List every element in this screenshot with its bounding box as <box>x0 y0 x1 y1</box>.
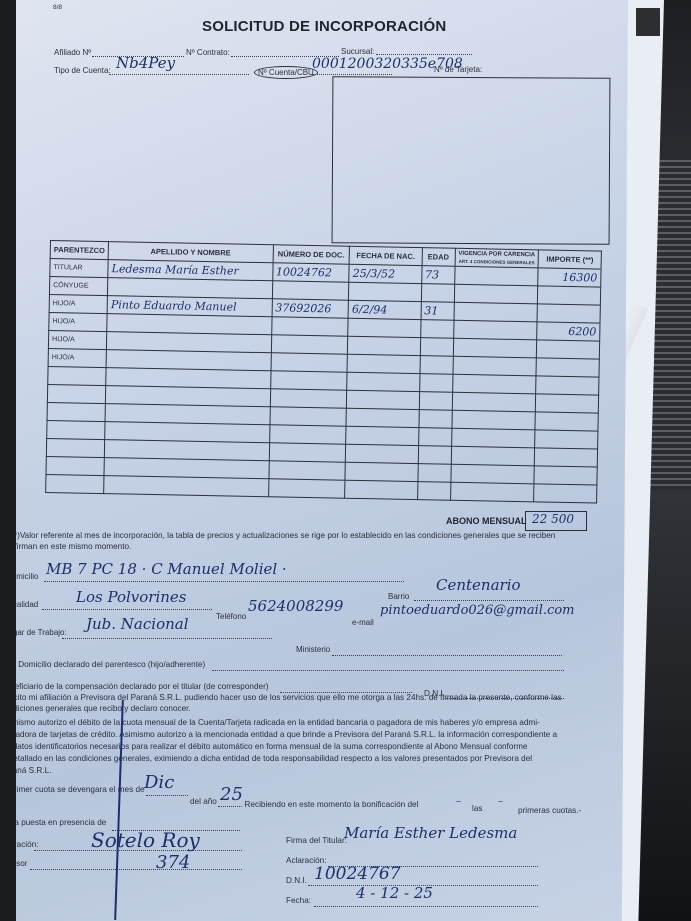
legal-p2: condiciones generales que recibo y decla… <box>0 704 191 713</box>
cell-fecha[interactable] <box>346 444 419 463</box>
cell-importe[interactable] <box>534 466 597 485</box>
abono-mensual-field[interactable]: 22 500 <box>525 511 587 531</box>
col-importe: IMPORTE (**) <box>538 250 601 269</box>
cell-importe[interactable] <box>536 394 599 413</box>
cell-fecha[interactable] <box>346 426 419 445</box>
cell-parentezco <box>46 438 104 457</box>
email-label: e-mail <box>352 618 374 627</box>
cuota-anio-label: del año <box>190 797 217 806</box>
cell-edad[interactable] <box>420 338 453 357</box>
cell-parentezco <box>47 384 105 403</box>
cell-fecha[interactable] <box>348 336 421 355</box>
col-parentezco: PARENTEZCO <box>50 241 108 260</box>
domicilio-field[interactable] <box>44 581 404 582</box>
bonificacion-value1: – <box>456 796 461 807</box>
cell-importe[interactable] <box>536 358 599 377</box>
dni-value: 10024767 <box>314 864 401 884</box>
cell-vigencia[interactable] <box>454 302 538 322</box>
cell-fecha[interactable] <box>345 480 418 499</box>
cell-parentezco <box>46 456 104 475</box>
cell-vigencia[interactable] <box>451 410 535 430</box>
underlying-sheet-tab <box>636 8 660 36</box>
firma-titular-value: María Esther Ledesma <box>344 824 517 842</box>
cell-vigencia[interactable] <box>453 356 537 376</box>
barrio-label: Barrio <box>388 592 409 601</box>
cell-edad[interactable] <box>421 284 454 303</box>
cuota-anio-field[interactable] <box>218 806 240 807</box>
cell-fecha[interactable] <box>345 462 418 481</box>
trabajo-value: Jub. Nacional <box>86 615 189 633</box>
cell-vigencia[interactable] <box>453 338 537 358</box>
cell-edad[interactable] <box>419 392 452 411</box>
cell-doc[interactable] <box>271 353 348 372</box>
domicilio-value: MB 7 PC 18 · C Manuel Moliel · <box>46 560 287 578</box>
cell-vigencia[interactable] <box>454 284 538 304</box>
form-page: 8/8 SOLICITUD DE INCORPORACIÓN Afiliado … <box>16 0 628 921</box>
col-fecha: FECHA DE NAC. <box>349 246 422 265</box>
cell-importe[interactable] <box>538 286 601 305</box>
barrio-field[interactable] <box>414 600 564 601</box>
otro-domicilio-field[interactable] <box>212 670 564 671</box>
cuota-prefix: La primer cuota se devengara el mes de <box>0 785 145 794</box>
asesor-value: 374 <box>156 852 190 873</box>
cell-parentezco: TITULAR <box>50 259 108 278</box>
cell-doc[interactable] <box>270 371 347 390</box>
cell-nombre[interactable] <box>104 476 269 497</box>
cell-doc[interactable] <box>271 335 348 354</box>
footnote-line2: y firman en este mismo momento. <box>8 542 131 551</box>
aclaracion-left-value: Sotelo Roy <box>91 828 200 852</box>
ministerio-label: Ministerio <box>296 645 330 654</box>
cell-importe[interactable] <box>537 304 600 323</box>
cell-edad[interactable] <box>419 410 452 429</box>
contrato-label: Nº Contrato: <box>186 48 230 57</box>
sucursal-label: Sucursal: <box>341 47 374 56</box>
sucursal-field[interactable] <box>376 54 472 55</box>
cell-doc[interactable]: 10024762 <box>272 263 349 282</box>
cell-parentezco: HIJO/A <box>48 330 106 349</box>
cell-edad[interactable]: 73 <box>421 266 454 285</box>
cell-importe[interactable] <box>535 448 598 467</box>
fecha-value: 4 - 12 - 25 <box>356 884 433 902</box>
telefono-value: 5624008299 <box>248 597 343 615</box>
cell-vigencia[interactable] <box>452 392 536 412</box>
cell-doc[interactable] <box>272 281 349 300</box>
cell-importe[interactable]: 16300 <box>538 268 601 287</box>
abono-mensual-label: ABONO MENSUAL <box>446 516 527 526</box>
cell-edad[interactable] <box>418 428 451 447</box>
cell-importe[interactable] <box>535 430 598 449</box>
cell-importe[interactable] <box>537 340 600 359</box>
presencia-label: Firma puesta en presencia de <box>0 818 106 827</box>
tipo-cuenta-value: Nb4Pey <box>116 54 175 72</box>
dni-label: D.N.I. <box>286 876 307 885</box>
col-vigencia: VIGENCIA POR CARENCIA ART. 4 CONDICIONES… <box>455 248 539 268</box>
cell-doc[interactable] <box>269 443 346 462</box>
cell-vigencia[interactable] <box>450 464 534 484</box>
barrio-value: Centenario <box>436 576 521 594</box>
domicilio-label: Domicilio <box>6 572 38 581</box>
cell-fecha[interactable] <box>347 354 420 373</box>
cell-doc[interactable] <box>269 425 346 444</box>
cell-edad[interactable] <box>420 320 453 339</box>
cell-edad[interactable] <box>418 446 451 465</box>
cell-edad[interactable] <box>417 482 450 501</box>
firma-titular-label: Firma del Titular: <box>286 836 347 845</box>
cell-parentezco: HIJO/A <box>48 348 106 367</box>
fecha-field[interactable] <box>314 906 538 907</box>
cell-edad[interactable] <box>419 374 452 393</box>
localidad-label: Localidad <box>4 600 38 609</box>
cell-edad[interactable] <box>420 356 453 375</box>
cell-fecha[interactable] <box>347 390 420 409</box>
col-doc: NÚMERO DE DOC. <box>273 245 350 264</box>
telefono-label: Teléfono <box>216 612 246 621</box>
cell-vigencia[interactable] <box>453 320 537 340</box>
beneficiario-label: Beneficiario de la compensación declarad… <box>0 682 269 691</box>
tipo-cuenta-field[interactable] <box>109 74 249 75</box>
photo-box <box>332 76 611 244</box>
email-value: pintoeduardo026@gmail.com <box>380 603 575 618</box>
cell-edad[interactable] <box>418 464 451 483</box>
cell-doc[interactable]: 37692026 <box>272 299 349 318</box>
cell-importe[interactable] <box>534 484 597 503</box>
cuenta-field[interactable] <box>312 74 392 75</box>
cell-fecha[interactable] <box>346 408 419 427</box>
footnote-line1: (**)Valor referente al mes de incorporac… <box>8 531 555 540</box>
members-table: PARENTEZCO APELLIDO Y NOMBRE NÚMERO DE D… <box>45 240 602 504</box>
cell-vigencia[interactable] <box>454 266 538 286</box>
bonificacion-las: las <box>472 804 482 813</box>
bonificacion-value2: – <box>498 796 503 807</box>
cell-vigencia[interactable] <box>452 374 536 394</box>
legal-p5: los datos identificatorios necesarios pa… <box>0 742 527 751</box>
asesor-label: Asesor <box>2 859 27 868</box>
cell-fecha[interactable] <box>347 372 420 391</box>
cell-vigencia[interactable] <box>451 428 535 448</box>
trabajo-label: Lugar de Trabajo: <box>4 628 67 637</box>
legal-p4: nistradora de tarjetas de crédito. Asimi… <box>0 730 557 739</box>
cell-vigencia[interactable] <box>450 482 534 502</box>
cell-importe[interactable] <box>536 376 599 395</box>
abono-mensual-value: 22 500 <box>532 512 574 526</box>
cell-fecha[interactable] <box>349 282 422 301</box>
cell-fecha[interactable]: 25/3/52 <box>349 264 422 283</box>
cell-parentezco <box>48 366 106 385</box>
form-title: SOLICITUD DE INCORPORACIÓN <box>202 18 446 35</box>
afiliado-label: Afiliado Nº <box>54 48 91 57</box>
cell-fecha[interactable] <box>348 318 421 337</box>
cell-doc[interactable] <box>269 461 346 480</box>
col-edad: EDAD <box>422 248 455 267</box>
vigencia-subheader: ART. 4 CONDICIONES GENERALES <box>458 257 535 265</box>
legal-p3: Asimismo autorizo el débito de la cuota … <box>0 718 540 727</box>
cuota-mes-field[interactable] <box>146 795 188 796</box>
cell-vigencia[interactable] <box>451 446 535 466</box>
cell-importe[interactable] <box>535 412 598 431</box>
localidad-value: Los Polvorines <box>76 588 186 606</box>
legal-p7: Paraná S.R.L. <box>0 766 51 775</box>
tarjeta-label: Nº de Tarjeta: <box>434 65 482 74</box>
aclaracion-left-label: Aclaración: <box>0 840 39 849</box>
page-marker: 8/8 <box>53 4 62 11</box>
cell-parentezco <box>47 402 105 421</box>
localidad-field[interactable] <box>42 609 212 610</box>
legal-p1: Solicito mi afiliación a Previsora del P… <box>0 693 562 702</box>
otro-domicilio-label: Otro Domicilio declarado del parentesco … <box>0 660 205 669</box>
asesor-field[interactable] <box>30 869 242 870</box>
bonificacion-suffix: primeras cuotas.- <box>518 806 581 815</box>
cell-parentezco: HIJO/A <box>49 312 107 331</box>
fecha-label: Fecha: <box>286 896 311 905</box>
ministerio-field[interactable] <box>332 655 562 656</box>
cuenta-label: Nº Cuenta/CBU <box>254 66 318 79</box>
cell-parentezco: HIJO/A <box>49 294 107 313</box>
bonificacion-text: . Recibiendo en este momento la bonifica… <box>240 800 418 809</box>
tipo-cuenta-label: Tipo de Cuenta: <box>54 66 111 75</box>
cell-doc[interactable] <box>268 479 345 498</box>
cell-importe[interactable]: 6200 <box>537 322 600 341</box>
cell-parentezco <box>47 420 105 439</box>
cell-doc[interactable] <box>270 407 347 426</box>
cell-doc[interactable] <box>270 389 347 408</box>
cell-fecha[interactable]: 6/2/94 <box>348 300 421 319</box>
legal-p6: lo detallado en las condiciones generale… <box>0 754 532 763</box>
trabajo-field[interactable] <box>62 638 272 639</box>
cell-parentezco: CÓNYUGE <box>49 277 107 296</box>
cell-parentezco <box>46 474 104 493</box>
cuota-mes-value: Dic <box>144 772 174 793</box>
cell-doc[interactable] <box>271 317 348 336</box>
cell-edad[interactable]: 31 <box>421 302 454 321</box>
